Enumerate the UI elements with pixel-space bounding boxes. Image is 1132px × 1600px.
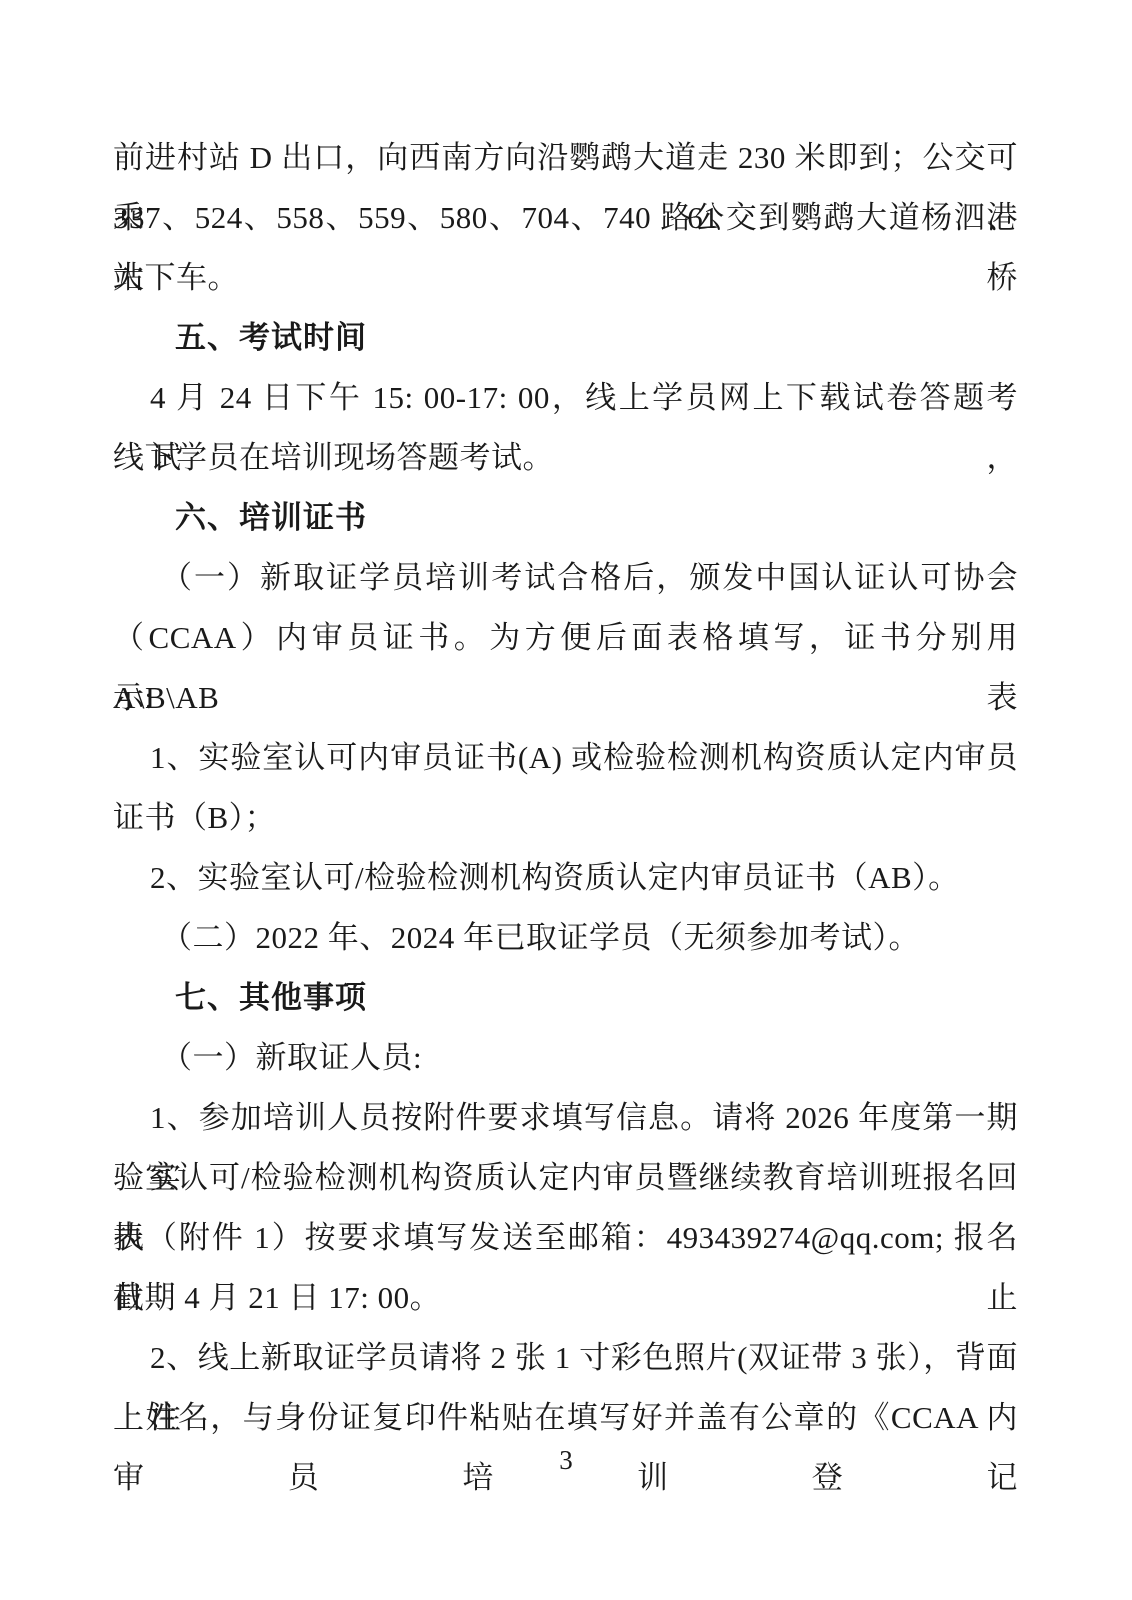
text-line-other-item-1b: 验室认可/检验检测机构资质认定内审员暨继续教育培训班报名回执 <box>113 1148 1018 1208</box>
text-line-cert-item-1a: 1、实验室认可内审员证书(A) 或检验检测机构资质认定内审员 <box>113 728 1018 788</box>
text-line-other-item-2b: 上姓名，与身份证复印件粘贴在填写好并盖有公章的《CCAA 内审员培训登记 <box>113 1388 1018 1448</box>
text-line-other-1: （一）新取证人员: <box>113 1028 1018 1088</box>
page-number: 3 <box>0 1442 1132 1478</box>
text-line-other-item-2a: 2、线上新取证学员请将 2 张 1 寸彩色照片(双证带 3 张），背面注 <box>113 1328 1018 1388</box>
text-line-certificate-2: （CCAA）内审员证书。为方便后面表格填写，证书分别用 A\B\AB 表 <box>113 608 1018 668</box>
document-body: 前进村站 D 出口，向西南方向沿鹦鹉大道走 230 米即到；公交可乘 61、 3… <box>113 128 1018 1448</box>
text-line-cert-item-1b: 证书（B）； <box>113 788 1018 848</box>
section-heading-certificate: 六、培训证书 <box>113 488 1018 548</box>
text-line-cert-item-2: 2、实验室认可/检验检测机构资质认定内审员证书（AB）。 <box>113 848 1018 908</box>
text-line-certificate-1: （一）新取证学员培训考试合格后，颁发中国认证认可协会 <box>113 548 1018 608</box>
section-heading-exam-time: 五、考试时间 <box>113 308 1018 368</box>
text-line-other-item-1c: 表（附件 1）按要求填写发送至邮箱：493439274@qq.com; 报名截止 <box>113 1208 1018 1268</box>
text-line-certificate-4: （二）2022 年、2024 年已取证学员（无须参加考试）。 <box>113 908 1018 968</box>
text-line-exam-time-1: 4 月 24 日下午 15: 00-17: 00，线上学员网上下载试卷答题考试， <box>113 368 1018 428</box>
text-line-directions-2: 337、524、558、559、580、704、740 路公交到鹦鹉大道杨泗港大… <box>113 188 1018 248</box>
text-line-directions-1: 前进村站 D 出口，向西南方向沿鹦鹉大道走 230 米即到；公交可乘 61、 <box>113 128 1018 188</box>
document-page: 前进村站 D 出口，向西南方向沿鹦鹉大道走 230 米即到；公交可乘 61、 3… <box>0 0 1132 1600</box>
section-heading-other-matters: 七、其他事项 <box>113 968 1018 1028</box>
text-line-other-item-1a: 1、参加培训人员按附件要求填写信息。请将 2026 年度第一期实 <box>113 1088 1018 1148</box>
